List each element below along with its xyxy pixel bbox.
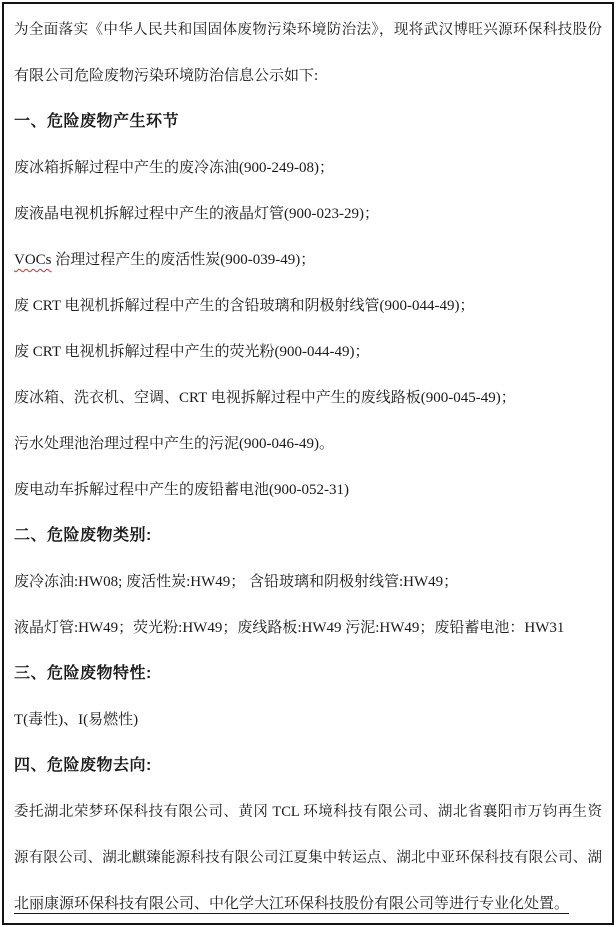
waste-category-line-2: 液晶灯管:HW49；荧光粉:HW49；废线路板:HW49 污泥:HW49；废铅蓄… [14,605,602,651]
document-body: 为全面落实《中华人民共和国固体废物污染环境防治法》，现将武汉博旺兴源环保科技股份… [14,7,602,925]
spellcheck-marked-word: VOCs [14,252,52,268]
waste-source-item-7: 污水处理池治理过程中产生的污泥(900-046-49)。 [14,421,602,467]
waste-source-item-3: VOCs 治理过程产生的废活性炭(900-039-49)； [14,237,602,283]
section-1-heading: 一、危险废物产生环节 [14,99,602,145]
waste-source-item-6: 废冰箱、洗衣机、空调、CRT 电视拆解过程中产生的废线路板(900-045-49… [14,375,602,421]
waste-source-item-4: 废 CRT 电视机拆解过程中产生的含铅玻璃和阴极射线管(900-044-49)； [14,283,602,329]
section-4-heading: 四、危险废物去向: [14,743,602,789]
disposal-line-2: 源有限公司、湖北麒臻能源科技有限公司江夏集中转运点、湖北中亚环保科技有限公司、湖 [14,835,602,881]
waste-source-item-2: 废液晶电视机拆解过程中产生的液晶灯管(900-023-29)； [14,191,602,237]
waste-category-line-1: 废冷冻油:HW08; 废活性炭:HW49； 含铅玻璃和阴极射线管:HW49； [14,559,602,605]
waste-characteristics-line: T(毒性)、I(易燃性) [14,697,602,743]
waste-source-item-8: 废电动车拆解过程中产生的废铅蓄电池(900-052-31) [14,467,602,513]
disposal-line-3: 北丽康源环保科技有限公司、中化学大江环保科技股份有限公司等进行专业化处置。 [14,881,602,925]
text-segment: 治理过程产生的废活性炭(900-039-49)； [52,252,316,268]
intro-line-1: 为全面落实《中华人民共和国固体废物污染环境防治法》，现将武汉博旺兴源环保科技股份 [14,7,602,53]
hazardous-waste-disclosure-page: 为全面落实《中华人民共和国固体废物污染环境防治法》，现将武汉博旺兴源环保科技股份… [2,2,614,925]
disposal-line-1: 委托湖北荣梦环保科技有限公司、黄冈 TCL 环境科技有限公司、湖北省襄阳市万钧再… [14,789,602,835]
section-2-heading: 二、危险废物类别: [14,513,602,559]
waste-source-item-1: 废冰箱拆解过程中产生的废冷冻油(900-249-08)； [14,145,602,191]
intro-line-2: 有限公司危险废物污染环境防治信息公示如下: [14,53,602,99]
section-3-heading: 三、危险废物特性: [14,651,602,697]
waste-source-item-5: 废 CRT 电视机拆解过程中产生的荧光粉(900-044-49)； [14,329,602,375]
